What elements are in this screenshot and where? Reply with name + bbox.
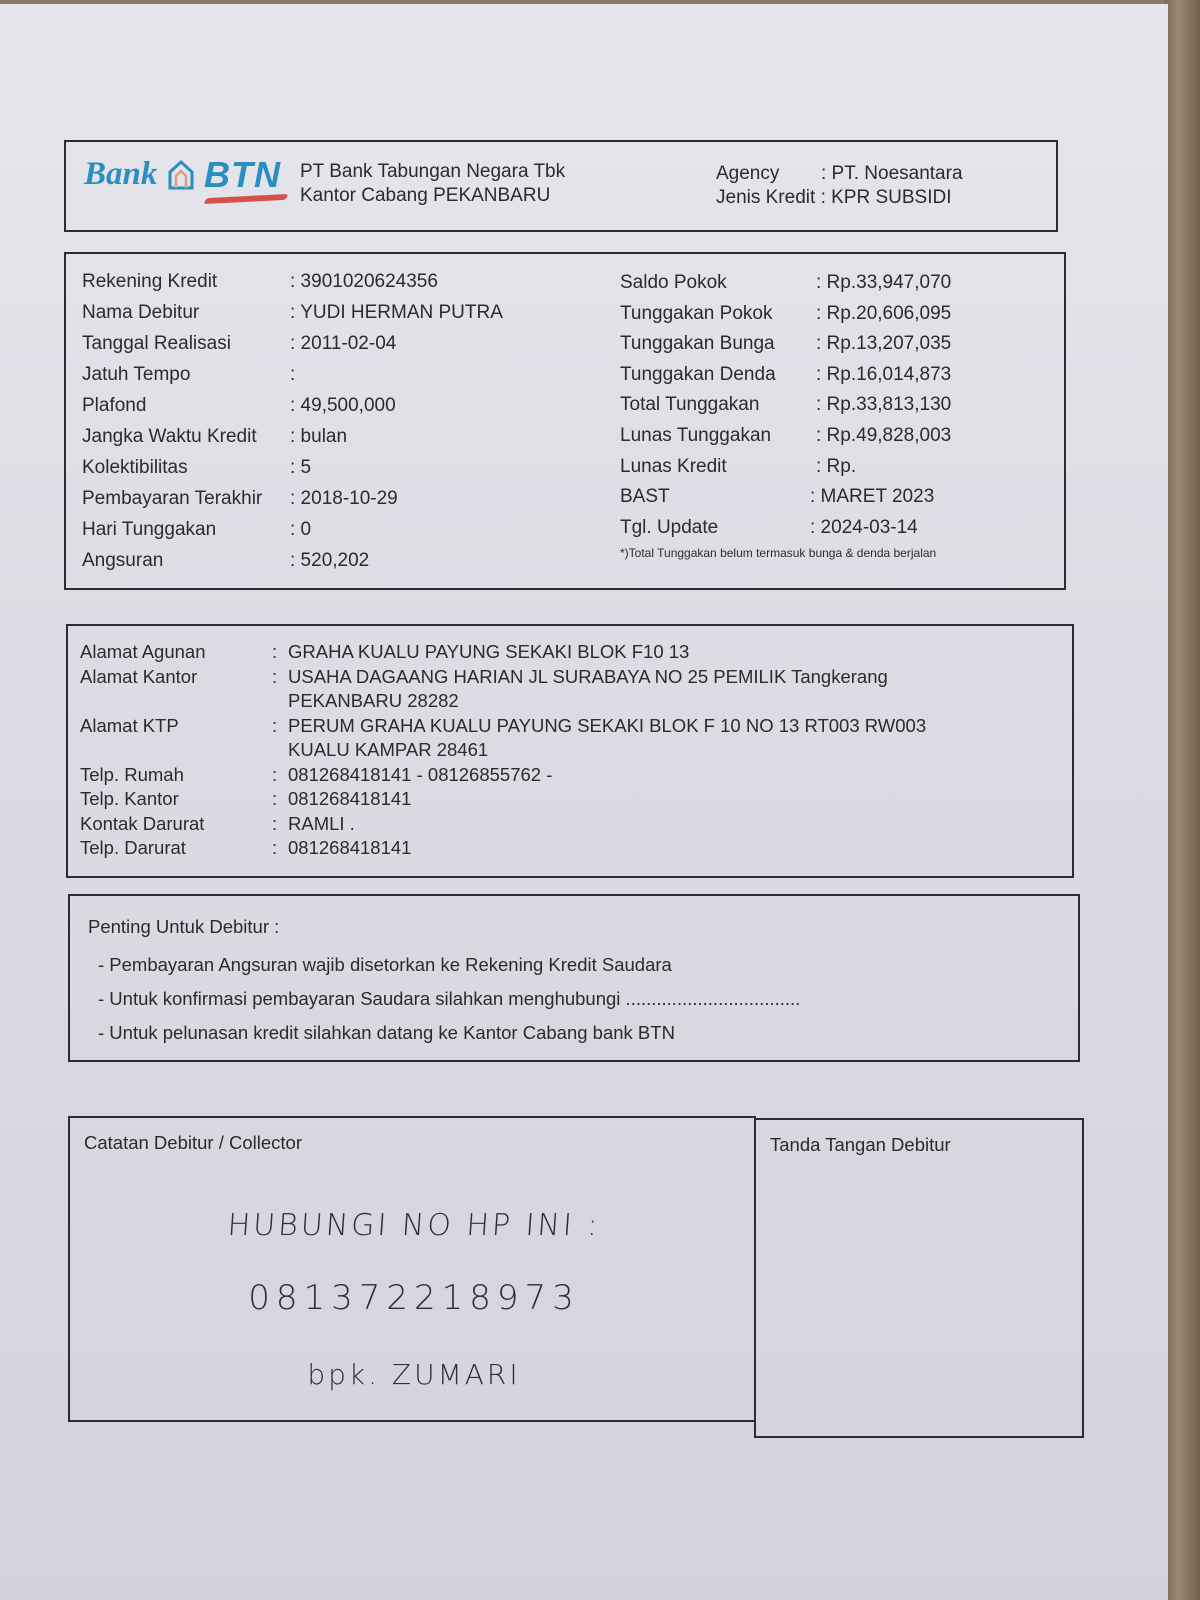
field-row: BAST: MARET 2023	[620, 482, 951, 513]
field-value: : Rp.13,207,035	[816, 329, 951, 360]
field-label: Saldo Pokok	[620, 268, 816, 299]
field-value: : Rp.16,014,873	[816, 360, 951, 391]
branch-name: Kantor Cabang PEKANBARU	[300, 184, 565, 208]
field-row: Tgl. Update: 2024-03-14	[620, 513, 951, 544]
logo-bank-text: Bank	[84, 156, 157, 193]
field-label: Lunas Kredit	[620, 452, 816, 483]
field-row: Tunggakan Denda: Rp.16,014,873	[620, 360, 951, 391]
address-row: Alamat Agunan:GRAHA KUALU PAYUNG SEKAKI …	[80, 640, 988, 665]
field-label: Tunggakan Denda	[620, 360, 816, 391]
notice-item: - Untuk konfirmasi pembayaran Saudara si…	[98, 982, 800, 1016]
field-label: Tunggakan Bunga	[620, 329, 816, 360]
field-label: Jatuh Tempo	[82, 359, 290, 390]
address-value: 081268418141	[288, 836, 988, 861]
agency-block: Agency: PT. Noesantara Jenis Kredit : KP…	[716, 162, 963, 210]
field-row: Saldo Pokok: Rp.33,947,070	[620, 268, 951, 299]
field-value: : bulan	[290, 421, 347, 452]
address-label: Kontak Darurat	[80, 812, 272, 837]
address-box: Alamat Agunan:GRAHA KUALU PAYUNG SEKAKI …	[66, 624, 1074, 878]
field-label: Angsuran	[82, 545, 290, 576]
field-value: :	[290, 359, 295, 390]
field-row: Pembayaran Terakhir: 2018-10-29	[82, 483, 503, 514]
company-name: PT Bank Tabungan Negara Tbk	[300, 160, 565, 184]
field-row: Jatuh Tempo:	[82, 359, 503, 390]
address-row: Telp. Darurat:081268418141	[80, 836, 988, 861]
notice-box: Penting Untuk Debitur : - Pembayaran Ang…	[68, 894, 1080, 1062]
address-label: Alamat KTP	[80, 714, 272, 763]
handwritten-phone: 081372218973	[70, 1278, 758, 1318]
signature-title: Tanda Tangan Debitur	[770, 1134, 951, 1156]
field-row: Lunas Kredit: Rp.	[620, 452, 951, 483]
field-row: Kolektibilitas: 5	[82, 452, 503, 483]
logo-brand-text: BTN	[204, 154, 281, 196]
field-value: : 49,500,000	[290, 390, 396, 421]
field-value: : 0	[290, 514, 311, 545]
document-paper: Bank BTN PT Bank Tabungan Negara Tbk Kan…	[0, 4, 1168, 1600]
address-value: GRAHA KUALU PAYUNG SEKAKI BLOK F10 13	[288, 640, 988, 665]
field-row: Angsuran: 520,202	[82, 545, 503, 576]
field-row: Plafond: 49,500,000	[82, 390, 503, 421]
field-label: Lunas Tunggakan	[620, 421, 816, 452]
field-value: : Rp.49,828,003	[816, 421, 951, 452]
address-row: Kontak Darurat:RAMLI .	[80, 812, 988, 837]
agency-label: Agency	[716, 162, 821, 186]
field-label: Pembayaran Terakhir	[82, 483, 290, 514]
address-label: Alamat Kantor	[80, 665, 272, 714]
field-value: : 5	[290, 452, 311, 483]
field-value: : Rp.	[816, 452, 856, 483]
footnote: *)Total Tunggakan belum termasuk bunga &…	[620, 546, 936, 560]
collector-notes-box: Catatan Debitur / Collector HUBUNGI NO H…	[68, 1116, 756, 1422]
handwritten-line: HUBUNGI NO HP INI :	[69, 1208, 759, 1243]
account-right-column: Saldo Pokok: Rp.33,947,070 Tunggakan Pok…	[620, 268, 951, 543]
field-value: : 3901020624356	[290, 266, 438, 297]
field-label: Tanggal Realisasi	[82, 328, 290, 359]
field-label: Total Tunggakan	[620, 390, 816, 421]
field-row: Tunggakan Bunga: Rp.13,207,035	[620, 329, 951, 360]
field-row: Total Tunggakan: Rp.33,813,130	[620, 390, 951, 421]
signature-box: Tanda Tangan Debitur	[754, 1118, 1084, 1438]
header-box: Bank BTN PT Bank Tabungan Negara Tbk Kan…	[64, 140, 1058, 232]
field-value: : 2011-02-04	[290, 328, 396, 359]
agency-value: : PT. Noesantara	[821, 162, 963, 186]
house-icon	[168, 160, 194, 190]
field-row: Tanggal Realisasi: 2011-02-04	[82, 328, 503, 359]
field-label: Nama Debitur	[82, 297, 290, 328]
address-value: USAHA DAGAANG HARIAN JL SURABAYA NO 25 P…	[288, 665, 988, 714]
notice-item: - Pembayaran Angsuran wajib disetorkan k…	[98, 948, 800, 982]
field-label: Jangka Waktu Kredit	[82, 421, 290, 452]
account-left-column: Rekening Kredit: 3901020624356 Nama Debi…	[82, 266, 503, 576]
field-value: : 520,202	[290, 545, 369, 576]
address-label: Telp. Rumah	[80, 763, 272, 788]
address-value: PERUM GRAHA KUALU PAYUNG SEKAKI BLOK F 1…	[288, 714, 988, 763]
address-row: Telp. Rumah: 081268418141 - 08126855762 …	[80, 763, 988, 788]
handwritten-name: bpk. ZUMARI	[70, 1358, 758, 1391]
notice-list: - Pembayaran Angsuran wajib disetorkan k…	[98, 948, 800, 1050]
field-row: Lunas Tunggakan: Rp.49,828,003	[620, 421, 951, 452]
field-value: : MARET 2023	[810, 482, 934, 513]
address-value: RAMLI .	[288, 812, 988, 837]
bank-name-block: PT Bank Tabungan Negara Tbk Kantor Caban…	[300, 160, 565, 208]
account-details-box: Rekening Kredit: 3901020624356 Nama Debi…	[64, 252, 1066, 590]
field-label: Plafond	[82, 390, 290, 421]
notice-title: Penting Untuk Debitur :	[88, 916, 279, 938]
field-value: : Rp.33,947,070	[816, 268, 951, 299]
field-row: Rekening Kredit: 3901020624356	[82, 266, 503, 297]
field-value: : 2018-10-29	[290, 483, 398, 514]
address-label: Telp. Darurat	[80, 836, 272, 861]
table-background	[1164, 0, 1200, 1600]
credit-type-value: : KPR SUBSIDI	[821, 186, 952, 210]
field-label: Tunggakan Pokok	[620, 299, 816, 330]
field-value: : YUDI HERMAN PUTRA	[290, 297, 503, 328]
field-label: Tgl. Update	[620, 513, 810, 544]
field-row: Nama Debitur: YUDI HERMAN PUTRA	[82, 297, 503, 328]
address-label: Telp. Kantor	[80, 787, 272, 812]
field-row: Tunggakan Pokok: Rp.20,606,095	[620, 299, 951, 330]
address-row: Alamat KTP:PERUM GRAHA KUALU PAYUNG SEKA…	[80, 714, 988, 763]
credit-type-label: Jenis Kredit	[716, 186, 815, 210]
address-label: Alamat Agunan	[80, 640, 272, 665]
bank-logo: Bank BTN	[84, 152, 284, 204]
field-value: : Rp.33,813,130	[816, 390, 951, 421]
address-row: Alamat Kantor: USAHA DAGAANG HARIAN JL S…	[80, 665, 988, 714]
field-label: Rekening Kredit	[82, 266, 290, 297]
address-value: 081268418141	[288, 787, 988, 812]
field-label: Kolektibilitas	[82, 452, 290, 483]
field-label: BAST	[620, 482, 810, 513]
address-value: 081268418141 - 08126855762 -	[288, 763, 988, 788]
notes-title: Catatan Debitur / Collector	[84, 1132, 302, 1154]
field-row: Jangka Waktu Kredit: bulan	[82, 421, 503, 452]
field-label: Hari Tunggakan	[82, 514, 290, 545]
notice-item: - Untuk pelunasan kredit silahkan datang…	[98, 1016, 800, 1050]
address-row: Telp. Kantor:081268418141	[80, 787, 988, 812]
field-value: : 2024-03-14	[810, 513, 918, 544]
field-row: Hari Tunggakan: 0	[82, 514, 503, 545]
field-value: : Rp.20,606,095	[816, 299, 951, 330]
